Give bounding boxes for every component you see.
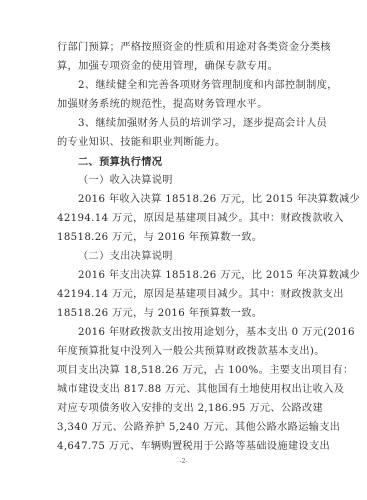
text-line: 年度预算批复中没列入一般公共预算财政拨款基本支出)。 <box>57 346 314 358</box>
text-line: 2016 年财政拨款支出按用途划分，基本支出 0 万元(2016 <box>78 327 314 339</box>
page-number: -2- <box>0 458 367 465</box>
text-line: 项目支出决算 18,518.26 万元，占 100%。主要支出项目有： <box>57 365 314 377</box>
text-line: 42194.14 万元，原因是基建项目减少。其中：财政拨款支出 <box>57 289 314 301</box>
text-line: （一）收入决算说明 <box>78 175 314 187</box>
text-line: 2016 年支出决算 18518.26 万元，比 2015 年决算数减少 <box>78 270 314 282</box>
text-line: 2、继续健全和完善各项财务管理制度和内部控制制度， <box>78 80 314 92</box>
text-line: 行部门预算；严格按照资金的性质和用途对各类资金分类核 <box>57 42 314 54</box>
text-line: 算，加强专项资金的使用管理，确保专款专用。 <box>57 61 314 73</box>
text-line: 4,647.75 万元、车辆购置税用于公路等基础设施建设支出 <box>57 441 314 453</box>
text-line: 3、继续加强财务人员的培训学习，逐步提高会计人员 <box>78 118 314 130</box>
text-line: 的专业知识、技能和职业判断能力。 <box>57 137 314 149</box>
text-line: （二）支出决算说明 <box>78 251 314 263</box>
text-line: 城市建设支出 817.88 万元、其他国有土地使用权出让收入及 <box>57 384 314 396</box>
text-line: 42194.14 万元，原因是基建项目减少。其中：财政拨款收入 <box>57 213 314 225</box>
text-line: 18518.26 万元，与 2016 年预算数一致。 <box>57 232 314 244</box>
text-line: 2016 年收入决算 18518.26 万元，比 2015 年决算数减少 <box>78 194 314 206</box>
text-line: 18518.26 万元，与 2016 年预算数一致。 <box>57 308 314 320</box>
section-heading: 二、预算执行情况 <box>78 156 314 168</box>
text-line: 加强财务系统的规范性，提高财务管理水平。 <box>57 99 314 111</box>
document-page: 行部门预算；严格按照资金的性质和用途对各类资金分类核算，加强专项资金的使用管理，… <box>0 0 367 500</box>
text-line: 对应专项债务收入安排的支出 2,186.95 万元、公路改建 <box>57 403 314 415</box>
text-line: 3,340 万元、公路养护 5,240 万元、其他公路水路运输支出 <box>57 422 314 434</box>
